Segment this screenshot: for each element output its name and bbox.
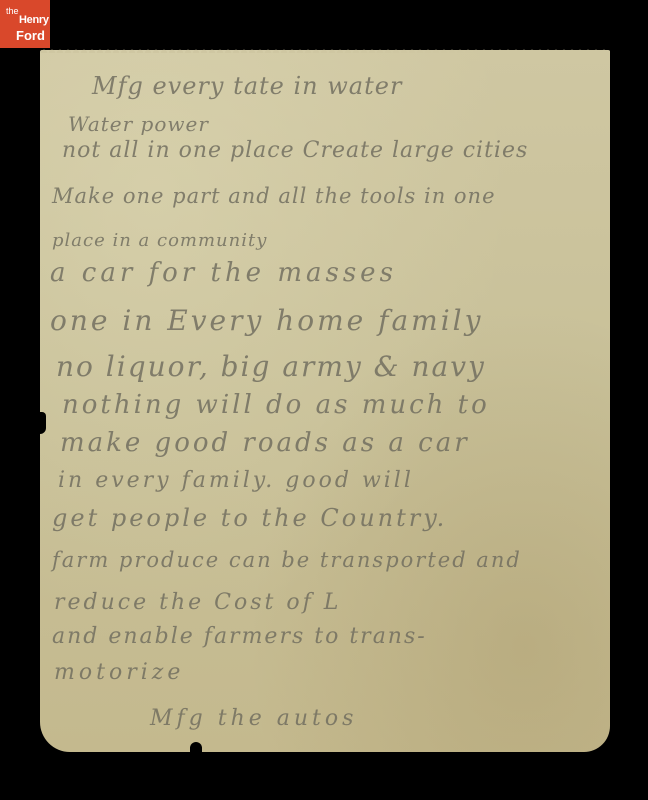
logo-the: the — [6, 7, 19, 16]
note-line-3: not all in one place Create large cities — [62, 138, 528, 163]
note-line-9: nothing will do as much to — [62, 390, 490, 420]
note-line-13: farm produce can be transported and — [52, 548, 522, 572]
note-line-5: place in a community — [52, 230, 267, 251]
paper-tear-left — [36, 412, 46, 434]
logo-henry: Henry — [19, 15, 49, 26]
note-line-1: Mfg every tate in water — [92, 72, 402, 100]
note-line-14: reduce the Cost of L — [54, 590, 341, 615]
note-line-16: motorize — [54, 660, 184, 685]
logo-ford: Ford — [16, 29, 45, 42]
henry-ford-logo: the Henry Ford — [0, 0, 50, 48]
note-line-11: in every family. good will — [58, 468, 414, 493]
note-line-10: make good roads as a car — [60, 428, 470, 458]
note-line-2: Water power — [68, 112, 209, 136]
note-line-4: Make one part and all the tools in one — [52, 184, 496, 208]
note-line-8: no liquor, big army & navy — [56, 350, 486, 383]
paper-tear-bottom — [190, 742, 202, 754]
note-line-7: one in Every home family — [50, 304, 483, 337]
note-line-17: Mfg the autos — [150, 706, 357, 731]
note-line-6: a car for the masses — [50, 258, 397, 288]
handwritten-note-paper: Mfg every tate in water Water power not … — [40, 50, 610, 752]
note-line-15: and enable farmers to trans- — [52, 624, 427, 649]
note-line-12: get people to the Country. — [52, 504, 447, 532]
